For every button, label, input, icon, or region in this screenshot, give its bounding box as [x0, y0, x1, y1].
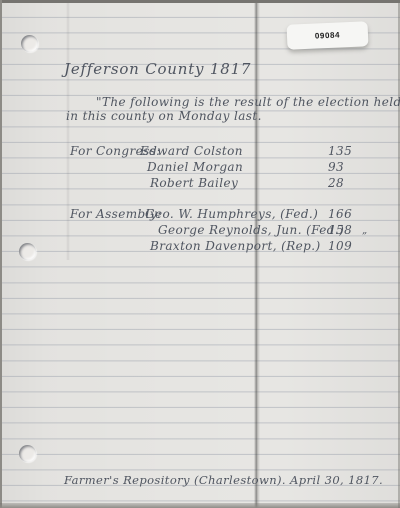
quote-line-2: in this county on Monday last. [66, 109, 262, 123]
vote-count: 166 [328, 207, 352, 221]
candidate-name: Geo. W. Humphreys, (Fed.) [145, 207, 318, 221]
vote-count: 28 [328, 176, 344, 190]
scanned-document-page: 09084 Jefferson County 1817 "The followi… [0, 0, 400, 508]
scan-edge-bottom [0, 503, 400, 508]
candidate-name: Braxton Davenport, (Rep.) [150, 239, 321, 253]
page-title: Jefferson County 1817 [64, 60, 251, 78]
punch-hole-bottom [19, 445, 36, 462]
congress-row: Robert Bailey 28 [0, 176, 400, 194]
ditto-mark: „ [362, 225, 368, 236]
vote-count: 135 [328, 144, 352, 158]
scan-edge-top [0, 0, 400, 3]
punch-hole-top [21, 35, 38, 52]
vote-count: 93 [328, 160, 344, 174]
quote-line-1: "The following is the result of the elec… [96, 95, 400, 109]
assembly-row: Braxton Davenport, (Rep.) 109 [0, 239, 400, 257]
catalog-number: 09084 [315, 30, 341, 40]
candidate-name: Robert Bailey [150, 176, 238, 190]
candidate-name: Daniel Morgan [147, 160, 243, 174]
candidate-name: Edward Colston [140, 144, 243, 158]
source-citation: Farmer's Repository (Charlestown). April… [64, 473, 383, 487]
vote-count: 158 [328, 223, 352, 237]
vote-count: 109 [328, 239, 352, 253]
candidate-name: George Reynolds, Jun. (Fed.) [158, 223, 344, 237]
catalog-label: 09084 [286, 21, 368, 50]
